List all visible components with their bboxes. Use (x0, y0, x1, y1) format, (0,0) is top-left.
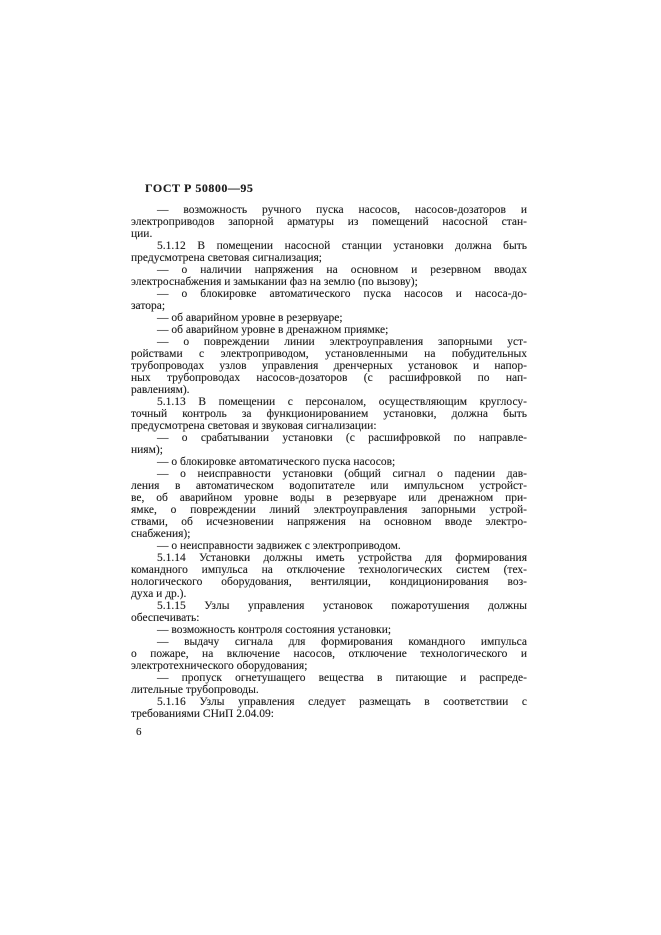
text-line: ямке, о повреждении линий электроуправле… (131, 504, 527, 516)
page-number: 6 (136, 726, 142, 738)
text-line: требованиями СНиП 2.04.09: (131, 708, 527, 720)
text-line: — о блокировке автоматического пуска нас… (131, 456, 527, 468)
text-line: затора; (131, 300, 527, 312)
text-line: — выдачу сигнала для формирования команд… (131, 636, 527, 648)
text-line: — об аварийном уровне в резервуаре; (131, 312, 527, 324)
text-line: ройствами с электроприводом, установленн… (131, 348, 527, 360)
text-line: — о срабатывании установки (с расшифровк… (131, 432, 527, 444)
text-line: ниям); (131, 444, 527, 456)
text-line: — о неисправности установки (общий сигна… (131, 468, 527, 480)
text-line: — о неисправности задвижек с электроприв… (131, 540, 527, 552)
text-line: электротехнического оборудования; (131, 660, 527, 672)
text-line: ве, об аварийном уровне воды в резервуар… (131, 492, 527, 504)
text-line: о пожаре, на включение насосов, отключен… (131, 648, 527, 660)
text-line: точный контроль за функционированием уст… (131, 408, 527, 420)
text-line: 5.1.12 В помещении насосной станции уста… (131, 240, 527, 252)
text-line: обеспечивать: (131, 612, 527, 624)
text-line: — об аварийном уровне в дренажном приямк… (131, 324, 527, 336)
text-line: трубопроводах узлов управления дренчерны… (131, 360, 527, 372)
text-line: 5.1.14 Установки должны иметь устройства… (131, 552, 527, 564)
text-line: равлениям). (131, 384, 527, 396)
text-line: лительные трубопроводы. (131, 684, 527, 696)
text-line: 5.1.15 Узлы управления установок пожарот… (131, 600, 527, 612)
text-line: ствами, об исчезновении напряжения на ос… (131, 516, 527, 528)
text-line: — о повреждении линии электроуправления … (131, 336, 527, 348)
document-body: — возможность ручного пуска насосов, нас… (131, 204, 527, 720)
text-line: предусмотрена световая сигнализация; (131, 252, 527, 264)
text-line: электроприводов запорной арматуры из пом… (131, 216, 527, 228)
standard-number-header: ГОСТ Р 50800—95 (145, 181, 253, 196)
text-line: ления в автоматическом водопитателе или … (131, 480, 527, 492)
text-line: электроснабжения и замыкании фаз на земл… (131, 276, 527, 288)
text-line: духа и др.). (131, 588, 527, 600)
text-line: ных трубопроводах насосов-дозаторов (с р… (131, 372, 527, 384)
text-line: — о блокировке автоматического пуска нас… (131, 288, 527, 300)
text-line: нологического оборудования, вентиляции, … (131, 576, 527, 588)
text-line: предусмотрена световая и звуковая сигнал… (131, 420, 527, 432)
text-line: 5.1.16 Узлы управления следует размещать… (131, 696, 527, 708)
document-page: ГОСТ Р 50800—95 — возможность ручного пу… (0, 0, 661, 935)
text-line: ции. (131, 228, 527, 240)
text-line: — возможность контроля состояния установ… (131, 624, 527, 636)
text-line: — возможность ручного пуска насосов, нас… (131, 204, 527, 216)
text-line: — пропуск огнетушащего вещества в питающ… (131, 672, 527, 684)
text-line: 5.1.13 В помещении с персоналом, осущест… (131, 396, 527, 408)
text-line: — о наличии напряжения на основном и рез… (131, 264, 527, 276)
text-line: командного импульса на отключение технол… (131, 564, 527, 576)
text-line: снабжения); (131, 528, 527, 540)
